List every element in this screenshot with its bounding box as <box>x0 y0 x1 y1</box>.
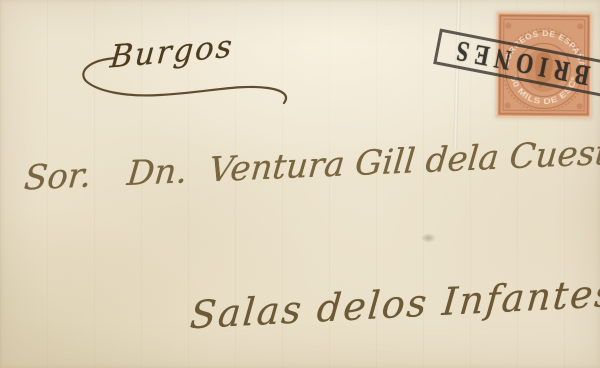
recipient-name: Ventura Gill dela Cuesta <box>207 132 600 191</box>
address-line-recipient: Sor.Dn.Ventura Gill dela Cuesta <box>22 133 595 198</box>
paper-crease <box>453 0 461 150</box>
letter-cover: Burgos Sor.Dn.Ventura Gill dela Cuesta S… <box>0 0 600 368</box>
salutation: Sor. <box>22 155 93 198</box>
honorific: Dn. <box>125 151 189 194</box>
origin-flourish-underline <box>76 56 302 108</box>
ink-smudge <box>421 233 436 243</box>
address-line-destination: Salas delos Infantes <box>188 271 600 338</box>
